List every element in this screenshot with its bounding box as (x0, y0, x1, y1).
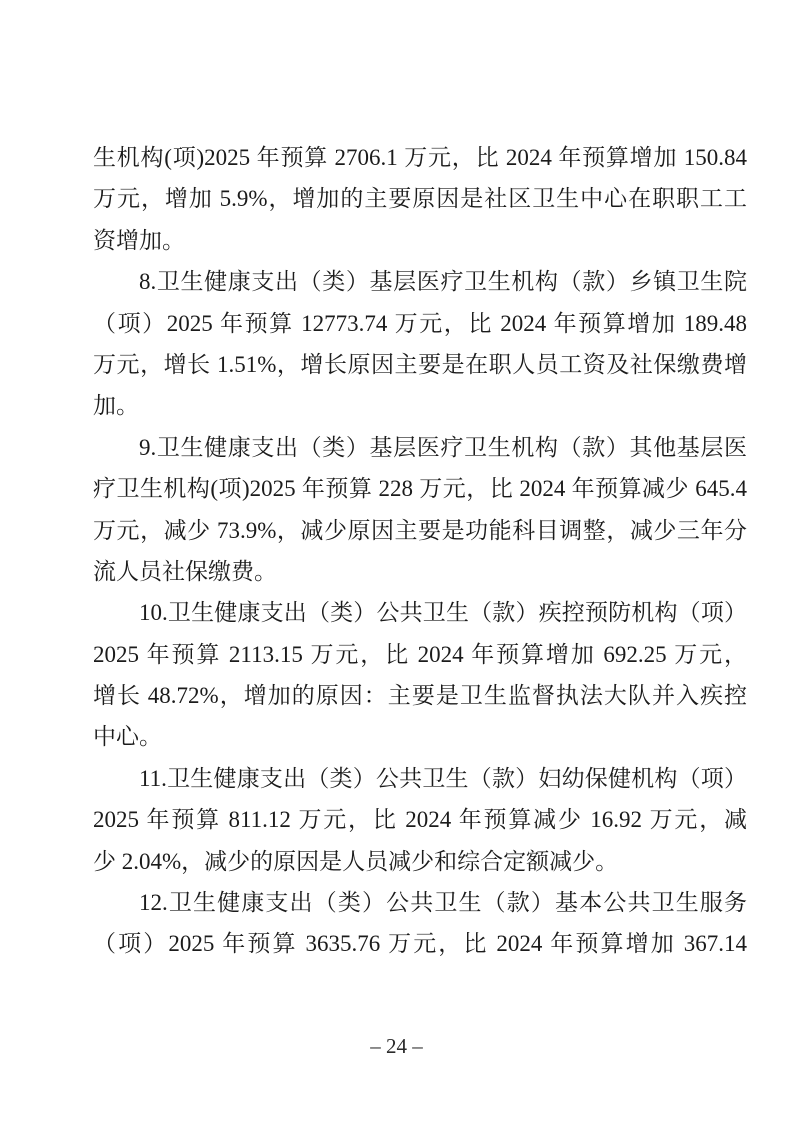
text-line: 加。 (93, 385, 747, 426)
text-line: 中心。 (93, 716, 747, 757)
text-line: 万元，增长 1.51%，增长原因主要是在职人员工资及社保缴费增 (93, 344, 747, 385)
text-line: 9.卫生健康支出（类）基层医疗卫生机构（款）其他基层医 (93, 427, 747, 468)
paragraph-10: 10.卫生健康支出（类）公共卫生（款）疾控预防机构（项） 2025 年预算 21… (93, 592, 747, 758)
paragraph-12: 12.卫生健康支出（类）公共卫生（款）基本公共卫生服务 （项）2025 年预算 … (93, 882, 747, 965)
paragraph-8: 8.卫生健康支出（类）基层医疗卫生机构（款）乡镇卫生院 （项）2025 年预算 … (93, 261, 747, 427)
text-line: 生机构(项)2025 年预算 2706.1 万元，比 2024 年预算增加 15… (93, 137, 747, 178)
text-line: 资增加。 (93, 220, 747, 261)
document-page: 生机构(项)2025 年预算 2706.1 万元，比 2024 年预算增加 15… (0, 0, 793, 1122)
text-line: 11.卫生健康支出（类）公共卫生（款）妇幼保健机构（项） (93, 758, 747, 799)
text-line: 疗卫生机构(项)2025 年预算 228 万元，比 2024 年预算减少 645… (93, 468, 747, 509)
text-line: （项）2025 年预算 12773.74 万元，比 2024 年预算增加 189… (93, 303, 747, 344)
paragraph-9: 9.卫生健康支出（类）基层医疗卫生机构（款）其他基层医 疗卫生机构(项)2025… (93, 427, 747, 593)
text-line: 流人员社保缴费。 (93, 551, 747, 592)
text-line: 2025 年预算 2113.15 万元，比 2024 年预算增加 692.25 … (93, 634, 747, 675)
text-line: 12.卫生健康支出（类）公共卫生（款）基本公共卫生服务 (93, 882, 747, 923)
text-line: 8.卫生健康支出（类）基层医疗卫生机构（款）乡镇卫生院 (93, 261, 747, 302)
paragraph-7-continuation: 生机构(项)2025 年预算 2706.1 万元，比 2024 年预算增加 15… (93, 137, 747, 261)
text-line: 万元，增加 5.9%，增加的主要原因是社区卫生中心在职职工工 (93, 178, 747, 219)
text-line: 10.卫生健康支出（类）公共卫生（款）疾控预防机构（项） (93, 592, 747, 633)
text-line: 万元，减少 73.9%，减少原因主要是功能科目调整，减少三年分 (93, 510, 747, 551)
page-number: – 24 – (0, 1032, 793, 1060)
paragraph-11: 11.卫生健康支出（类）公共卫生（款）妇幼保健机构（项） 2025 年预算 81… (93, 758, 747, 882)
body-text-block: 生机构(项)2025 年预算 2706.1 万元，比 2024 年预算增加 15… (93, 137, 747, 965)
text-line: 2025 年预算 811.12 万元，比 2024 年预算减少 16.92 万元… (93, 799, 747, 840)
text-line: 增长 48.72%，增加的原因：主要是卫生监督执法大队并入疾控 (93, 675, 747, 716)
text-line: 少 2.04%，减少的原因是人员减少和综合定额减少。 (93, 841, 747, 882)
text-line: （项）2025 年预算 3635.76 万元，比 2024 年预算增加 367.… (93, 923, 747, 964)
